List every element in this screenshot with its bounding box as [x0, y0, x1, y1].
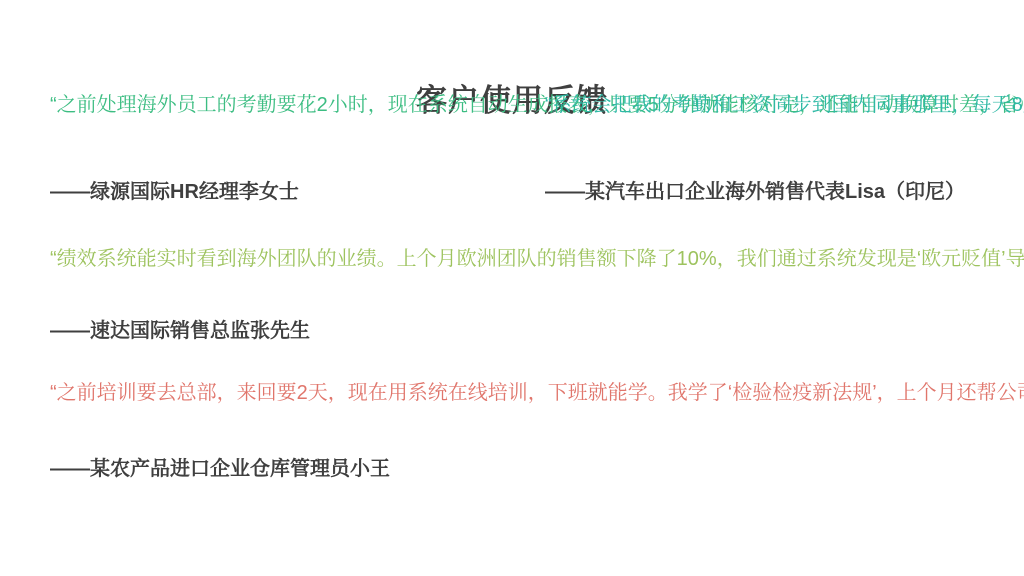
- testimonial-attribution-4: ——某农产品进口企业仓库管理员小王: [50, 457, 390, 481]
- testimonial-quote-2: “系统会把我的考勤和工资同步到国内同事那里，每天8点帮我处理客户订单，薪资也特别…: [545, 93, 1024, 117]
- testimonial-attribution-1: ——绿源国际HR经理李女士: [50, 180, 299, 204]
- testimonial-quote-4: “之前培训要去总部，来回要2天，现在用系统在线培训，下班就能学。我学了‘检验检疫…: [50, 381, 1024, 405]
- feedback-slide: 客户使用反馈 “之前处理海外员工的考勤要花2小时，现在系统自动生成报表，只要5分…: [0, 0, 1024, 576]
- testimonial-attribution-3: ——速达国际销售总监张先生: [50, 319, 310, 343]
- testimonial-quote-3: “绩效系统能实时看到海外团队的业绩。上个月欧洲团队的销售额下降了10%，我们通过…: [50, 247, 1024, 271]
- testimonial-attribution-2: ——某汽车出口企业海外销售代表Lisa（印尼）: [545, 180, 965, 204]
